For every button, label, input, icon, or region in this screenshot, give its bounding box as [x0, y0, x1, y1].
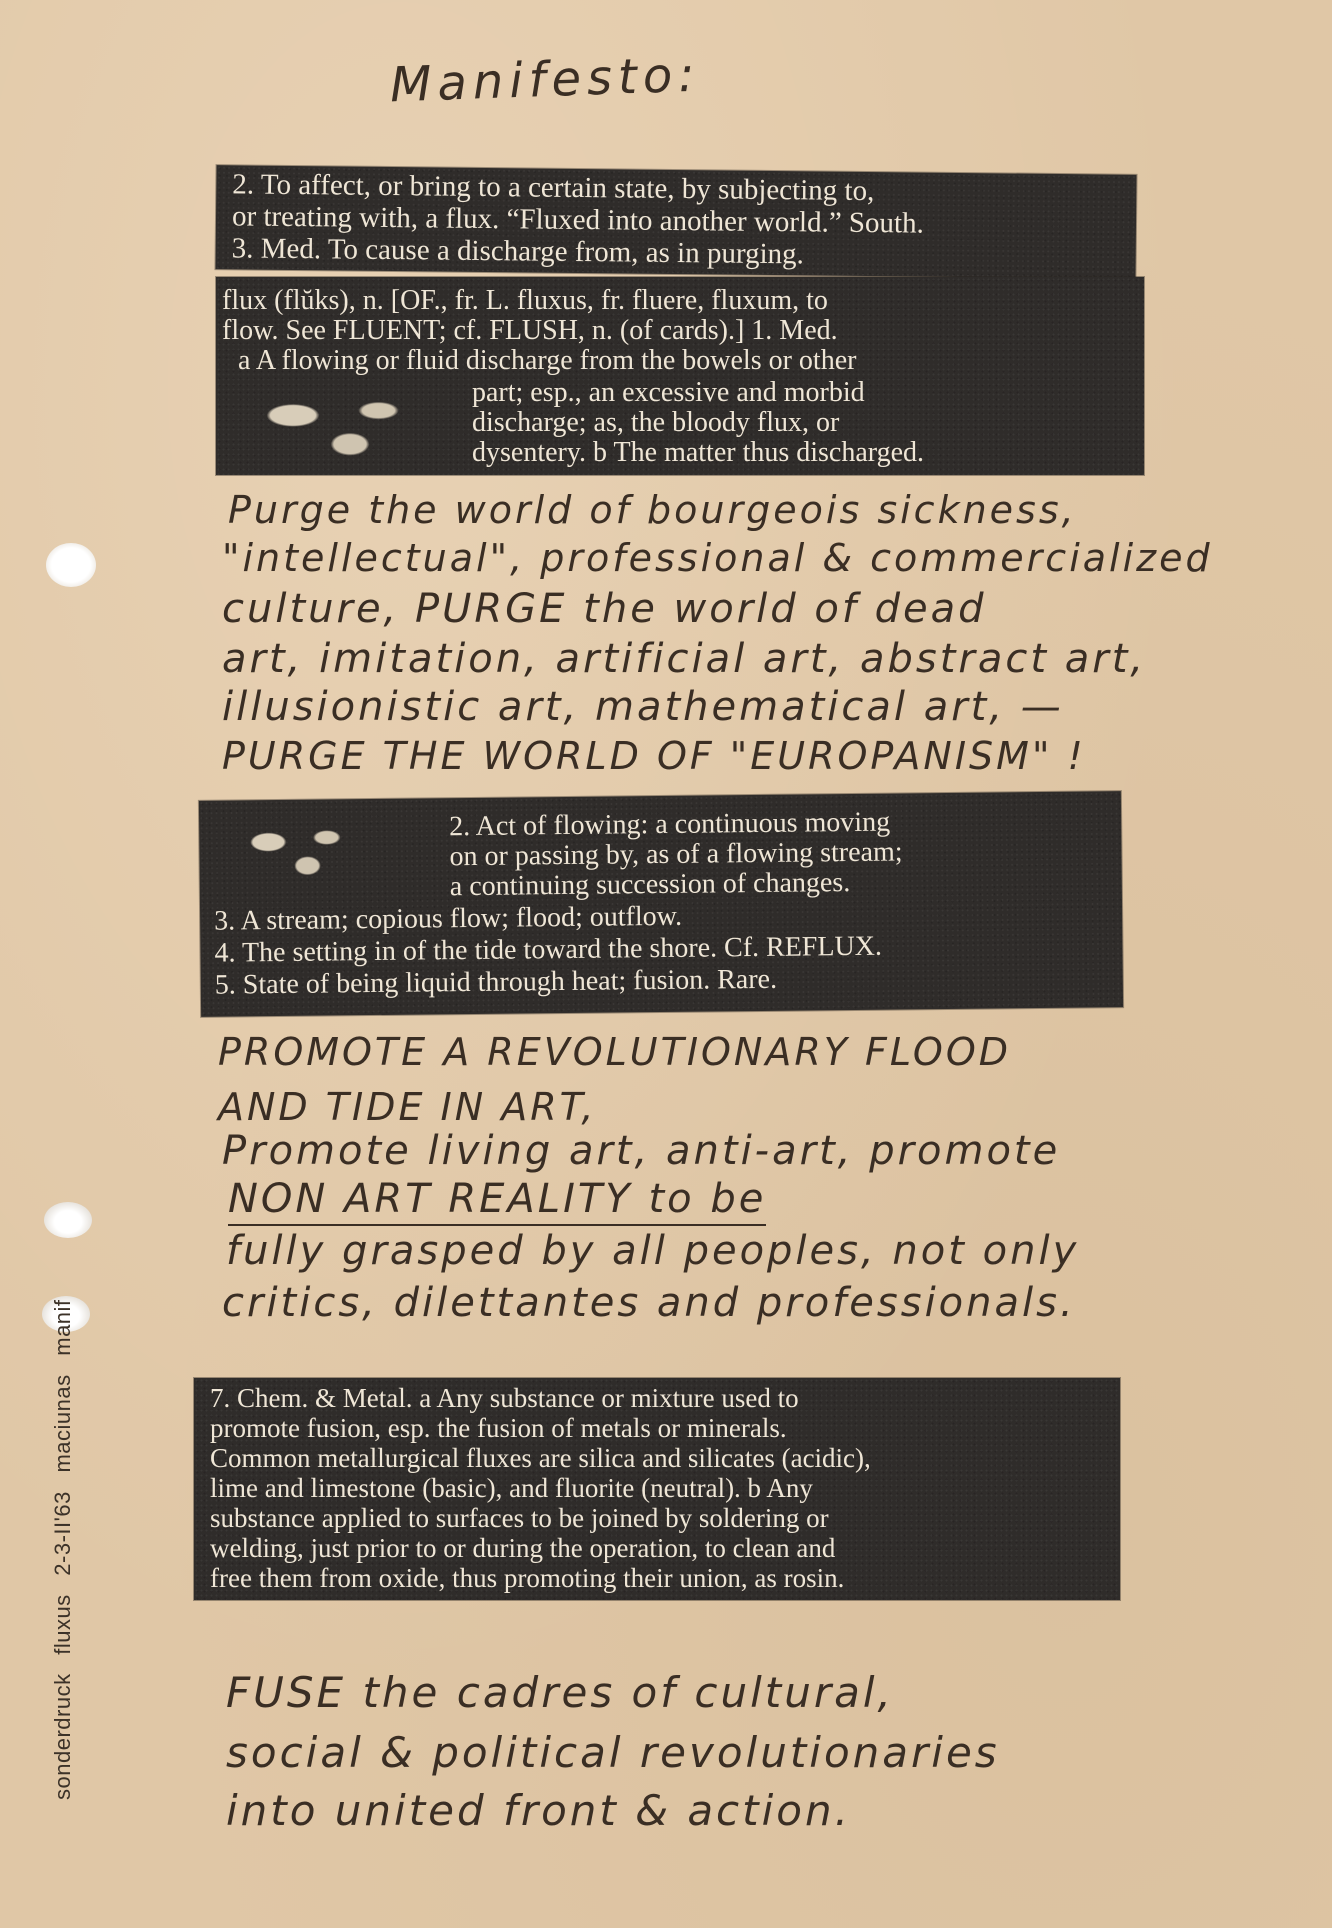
handwritten-line: critics, dilettantes and professionals. [222, 1280, 1076, 1326]
clipping-line: 3. A stream; copious flow; flood; outflo… [214, 902, 682, 937]
handwritten-line: into united front & action. [226, 1786, 851, 1835]
handwritten-line: NON ART REALITY to be [228, 1176, 766, 1226]
dictionary-clipping-1: 2. To affect, or bring to a certain stat… [215, 165, 1136, 279]
engraving-image [236, 377, 426, 473]
side-label: sonderdruck fluxus 2-3-II'63 maciunas ma… [50, 1287, 76, 1800]
clipping-line: a continuing succession of changes. [450, 868, 851, 902]
punch-hole-middle [44, 1202, 92, 1238]
handwritten-line: Promote living art, anti-art, promote [222, 1128, 1060, 1174]
clipping-line: promote fusion, esp. the fusion of metal… [210, 1414, 787, 1443]
clipping-line: substance applied to surfaces to be join… [210, 1504, 829, 1533]
clipping-line: dysentery. b The matter thus discharged. [472, 437, 924, 468]
clipping-line: 5. State of being liquid through heat; f… [215, 965, 778, 1001]
clipping-line: 3. Med. To cause a discharge from, as in… [232, 233, 805, 270]
handwritten-line: Purge the world of bourgeois sickness, [228, 488, 1077, 532]
clipping-line: welding, just prior to or during the ope… [210, 1534, 835, 1563]
clipping-line: a A flowing or fluid discharge from the … [238, 345, 856, 376]
handwritten-line: PROMOTE A REVOLUTIONARY FLOOD [218, 1030, 1011, 1074]
handwritten-line: illusionistic art, mathematical art, — [222, 684, 1064, 730]
handwritten-line: art, imitation, artificial art, abstract… [222, 636, 1146, 682]
clipping-line: 7. Chem. & Metal. a Any substance or mix… [210, 1384, 799, 1413]
handwritten-line: fully grasped by all peoples, not only [226, 1228, 1079, 1274]
dictionary-clipping-4: 7. Chem. & Metal. a Any substance or mix… [194, 1378, 1120, 1600]
handwritten-line: PURGE THE WORLD OF "EUROPANISM" ! [222, 734, 1086, 778]
engraving-image [229, 809, 360, 890]
handwritten-line: FUSE the cadres of cultural, [226, 1668, 894, 1717]
handwritten-line: social & political revolutionaries [226, 1728, 1000, 1777]
clipping-line: flux (flŭks), n. [OF., fr. L. fluxus, fr… [222, 285, 828, 316]
manifesto-page: sonderdruck fluxus 2-3-II'63 maciunas ma… [0, 0, 1332, 1928]
clipping-line: lime and limestone (basic), and fluorite… [210, 1474, 813, 1503]
handwritten-line: "intellectual", professional & commercia… [222, 536, 1213, 580]
dictionary-clipping-2: flux (flŭks), n. [OF., fr. L. fluxus, fr… [216, 277, 1144, 475]
clipping-line: Common metallurgical fluxes are silica a… [210, 1444, 871, 1473]
punch-hole-top [46, 543, 96, 587]
clipping-line: flow. See FLUENT; cf. FLUSH, n. (of card… [222, 315, 838, 346]
clipping-line: part; esp., an excessive and morbid [472, 377, 865, 408]
clipping-line: 4. The setting in of the tide toward the… [214, 932, 882, 969]
page-title: Manifesto: [389, 47, 701, 114]
clipping-line: discharge; as, the bloody flux, or [472, 407, 839, 438]
clipping-line: free them from oxide, thus promoting the… [210, 1564, 844, 1593]
handwritten-line: AND TIDE IN ART, [218, 1085, 596, 1129]
handwritten-line: culture, PURGE the world of dead [222, 586, 987, 632]
dictionary-clipping-3: 2. Act of flowing: a continuous moving o… [199, 791, 1123, 1017]
